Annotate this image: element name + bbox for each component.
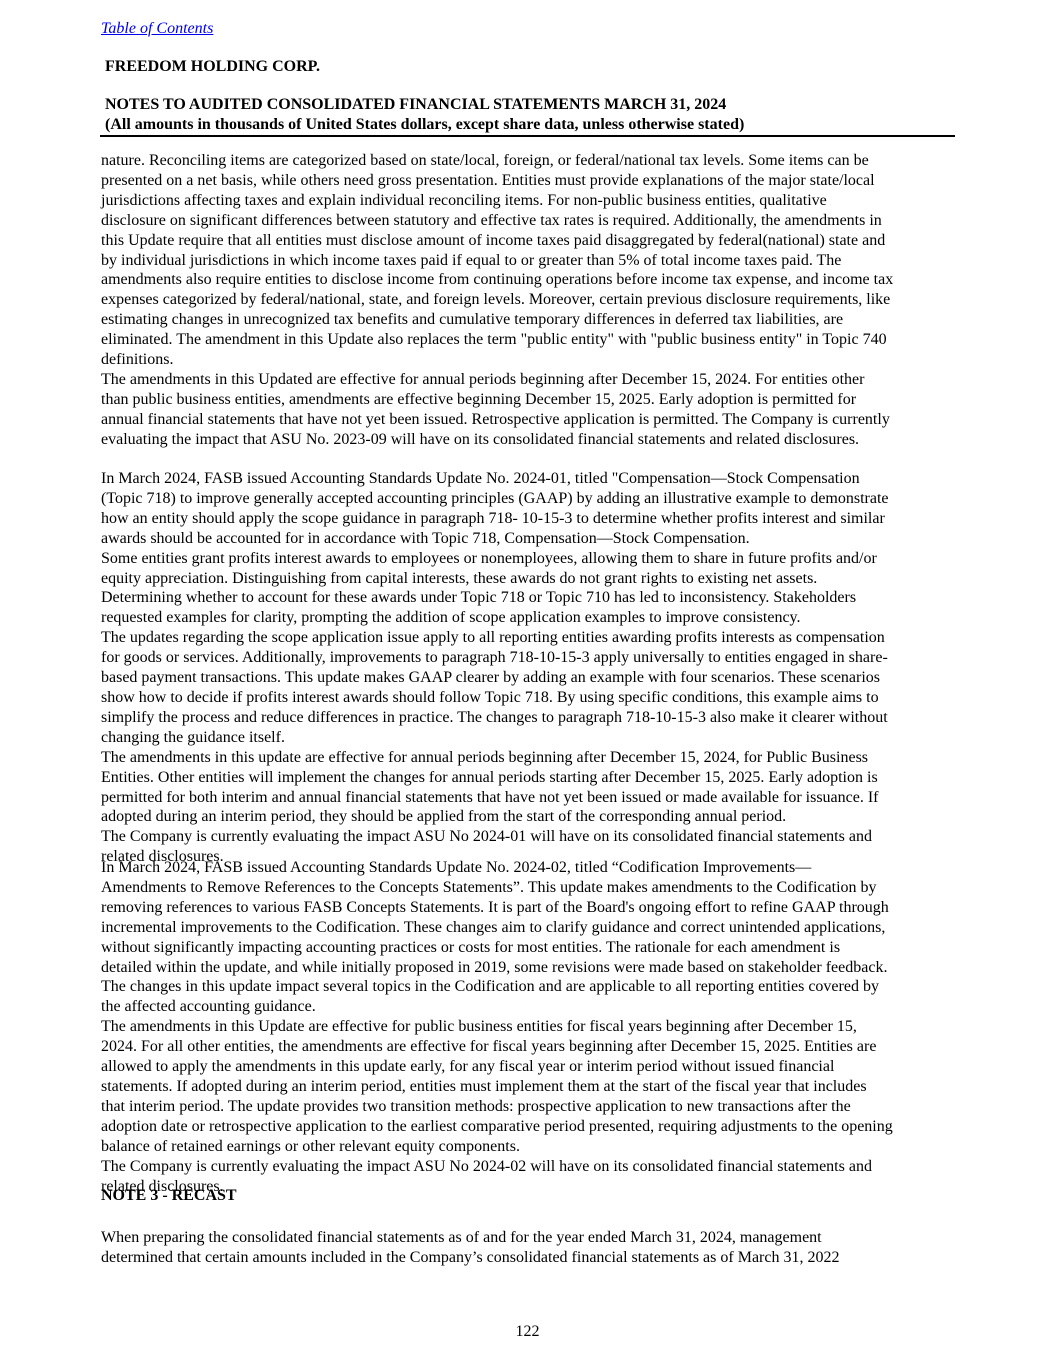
text-line: Entities. Other entities will implement … xyxy=(101,768,961,788)
table-of-contents-link[interactable]: Table of Contents xyxy=(101,20,213,38)
text-line: eliminated. The amendment in this Update… xyxy=(101,330,961,350)
text-line: The changes in this update impact severa… xyxy=(101,977,961,997)
text-line: The amendments in this Updated are effec… xyxy=(101,370,961,390)
text-line: presented on a net basis, while others n… xyxy=(101,171,961,191)
text-line: evaluating the impact that ASU No. 2023-… xyxy=(101,430,961,450)
note-3-heading: NOTE 3 - RECAST xyxy=(101,1187,237,1205)
text-line: based payment transactions. This update … xyxy=(101,668,961,688)
amounts-subtitle: (All amounts in thousands of United Stat… xyxy=(105,115,955,135)
text-line: The updates regarding the scope applicat… xyxy=(101,628,961,648)
text-line: balance of retained earnings or other re… xyxy=(101,1137,961,1157)
text-line: In March 2024, FASB issued Accounting St… xyxy=(101,469,961,489)
text-line: equity appreciation. Distinguishing from… xyxy=(101,569,961,589)
text-line: show how to decide if profits interest a… xyxy=(101,688,961,708)
text-line: Some entities grant profits interest awa… xyxy=(101,549,961,569)
text-line: incremental improvements to the Codifica… xyxy=(101,918,961,938)
text-line: (Topic 718) to improve generally accepte… xyxy=(101,489,961,509)
text-line: adopted during an interim period, they s… xyxy=(101,807,961,827)
text-line: this Update require that all entities mu… xyxy=(101,231,961,251)
text-line: requested examples for clarity, promptin… xyxy=(101,608,961,628)
text-line: In March 2024, FASB issued Accounting St… xyxy=(101,858,961,878)
text-line: determined that certain amounts included… xyxy=(101,1248,961,1268)
notes-title: NOTES TO AUDITED CONSOLIDATED FINANCIAL … xyxy=(105,95,955,115)
text-line: how an entity should apply the scope gui… xyxy=(101,509,961,529)
text-line: than public business entities, amendment… xyxy=(101,390,961,410)
text-line: without significantly impacting accounti… xyxy=(101,938,961,958)
text-line: expenses categorized by federal/national… xyxy=(101,290,961,310)
text-line: Amendments to Remove References to the C… xyxy=(101,878,961,898)
text-line: definitions. xyxy=(101,350,961,370)
text-line: allowed to apply the amendments in this … xyxy=(101,1057,961,1077)
text-line: The amendments in this update are effect… xyxy=(101,748,961,768)
paragraph-asu-2024-01: In March 2024, FASB issued Accounting St… xyxy=(101,469,961,867)
text-line: disclosure on significant differences be… xyxy=(101,211,961,231)
page-number: 122 xyxy=(0,1323,1055,1341)
text-line: When preparing the consolidated financia… xyxy=(101,1228,961,1248)
text-line: adoption date or retrospective applicati… xyxy=(101,1117,961,1137)
company-name: FREEDOM HOLDING CORP. xyxy=(105,58,320,76)
note-3-paragraph: When preparing the consolidated financia… xyxy=(101,1228,961,1268)
text-line: 2024. For all other entities, the amendm… xyxy=(101,1037,961,1057)
text-line: the affected accounting guidance. xyxy=(101,997,961,1017)
text-line: that interim period. The update provides… xyxy=(101,1097,961,1117)
text-line: statements. If adopted during an interim… xyxy=(101,1077,961,1097)
text-line: by individual jurisdictions in which inc… xyxy=(101,251,961,271)
text-line: removing references to various FASB Conc… xyxy=(101,898,961,918)
header-divider xyxy=(100,135,955,137)
page-header: NOTES TO AUDITED CONSOLIDATED FINANCIAL … xyxy=(105,95,955,135)
text-line: permitted for both interim and annual fi… xyxy=(101,788,961,808)
text-line: amendments also require entities to disc… xyxy=(101,270,961,290)
text-line: detailed within the update, and while in… xyxy=(101,958,961,978)
paragraph-asu-2024-02: In March 2024, FASB issued Accounting St… xyxy=(101,858,961,1196)
text-line: The Company is currently evaluating the … xyxy=(101,827,961,847)
text-line: simplify the process and reduce differen… xyxy=(101,708,961,728)
text-line: changing the guidance itself. xyxy=(101,728,961,748)
text-line: The amendments in this Update are effect… xyxy=(101,1017,961,1037)
text-line: nature. Reconciling items are categorize… xyxy=(101,151,961,171)
text-line: awards should be accounted for in accord… xyxy=(101,529,961,549)
text-line: The Company is currently evaluating the … xyxy=(101,1157,961,1177)
text-line: for goods or services. Additionally, imp… xyxy=(101,648,961,668)
text-line: jurisdictions affecting taxes and explai… xyxy=(101,191,961,211)
text-line: estimating changes in unrecognized tax b… xyxy=(101,310,961,330)
paragraph-asu-2023-09: nature. Reconciling items are categorize… xyxy=(101,151,961,450)
text-line: annual financial statements that have no… xyxy=(101,410,961,430)
text-line: Determining whether to account for these… xyxy=(101,588,961,608)
